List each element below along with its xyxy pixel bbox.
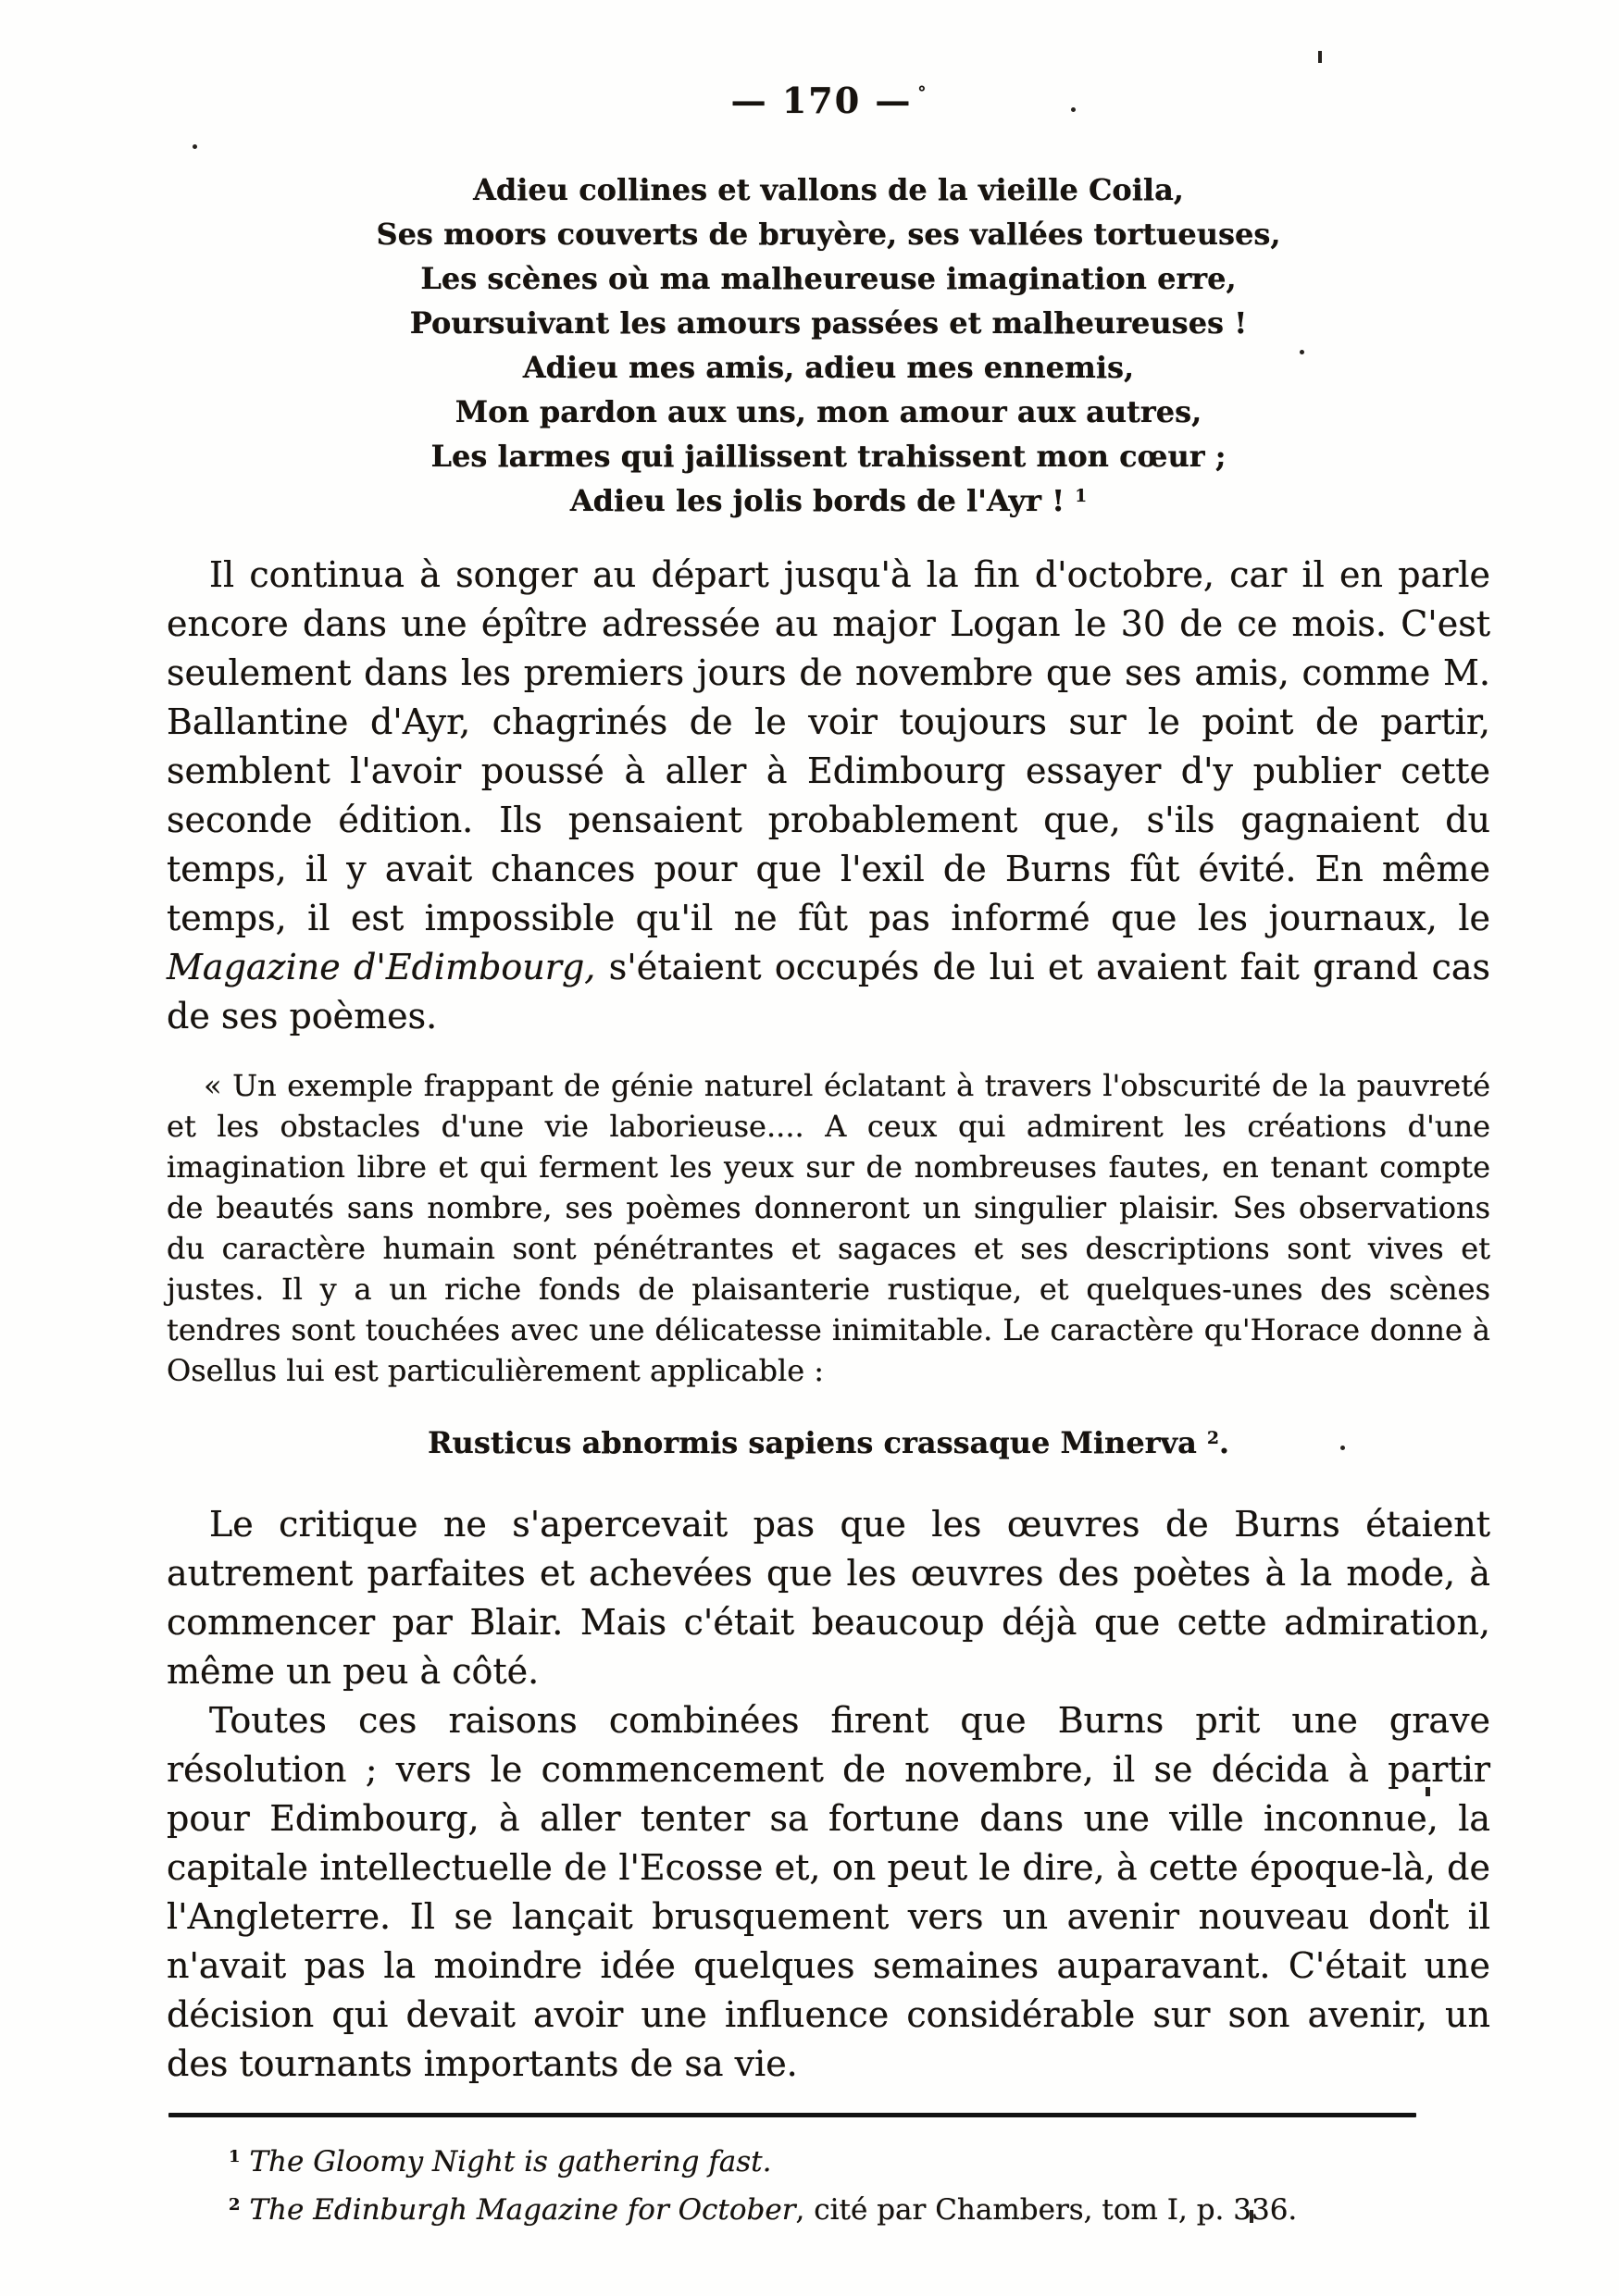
ink-speck	[1250, 2210, 1253, 2223]
text-column: — 170 —° Adieu collines et vallons de la…	[167, 0, 1490, 2234]
poem-line: Mon pardon aux uns, mon amour aux autres…	[167, 390, 1490, 434]
degree-mark: °	[917, 83, 926, 103]
ink-speck	[1426, 1787, 1430, 1796]
ink-speck	[193, 144, 197, 149]
ink-speck	[1429, 1899, 1433, 1908]
poem-line: Adieu collines et vallons de la vieille …	[167, 168, 1490, 212]
page-header: — 170 —°	[167, 80, 1490, 121]
poem-line: Poursuivant les amours passées et malheu…	[167, 301, 1490, 345]
poem-line: Les larmes qui jaillissent trahissent mo…	[167, 434, 1490, 478]
book-page: — 170 —° Adieu collines et vallons de la…	[0, 0, 1619, 2296]
paragraph-1: Il continua à songer au départ jusqu'à l…	[167, 551, 1490, 1041]
paragraph-3: Toutes ces raisons combinées firent que …	[167, 1696, 1490, 2089]
footnote-rule	[168, 2113, 1416, 2117]
page-number: — 170 —	[731, 80, 913, 121]
poem-line: Les scènes où ma malheureuse imagination…	[167, 256, 1490, 301]
footnote-2: 2 The Edinburgh Magazine for October, ci…	[229, 2186, 1490, 2234]
ink-speck	[1340, 1446, 1345, 1450]
poem-line: Adieu les jolis bords de l'Ayr ! 1	[167, 478, 1490, 523]
poem-block: Adieu collines et vallons de la vieille …	[167, 168, 1490, 523]
paragraph-2: Le critique ne s'apercevait pas que les …	[167, 1500, 1490, 1696]
footnote-1: 1 The Gloomy Night is gathering fast.	[229, 2138, 1490, 2186]
latin-quote: Rusticus abnormis sapiens crassaque Mine…	[167, 1422, 1490, 1463]
poem-line: Adieu mes amis, adieu mes ennemis,	[167, 345, 1490, 390]
quote-block: « Un exemple frappant de génie naturel é…	[167, 1065, 1490, 1391]
ink-speck	[1071, 107, 1076, 112]
ink-speck	[1318, 51, 1322, 63]
poem-line: Ses moors couverts de bruyère, ses vallé…	[167, 212, 1490, 256]
ink-speck	[1300, 350, 1304, 354]
footnotes: 1 The Gloomy Night is gathering fast. 2 …	[167, 2138, 1490, 2234]
